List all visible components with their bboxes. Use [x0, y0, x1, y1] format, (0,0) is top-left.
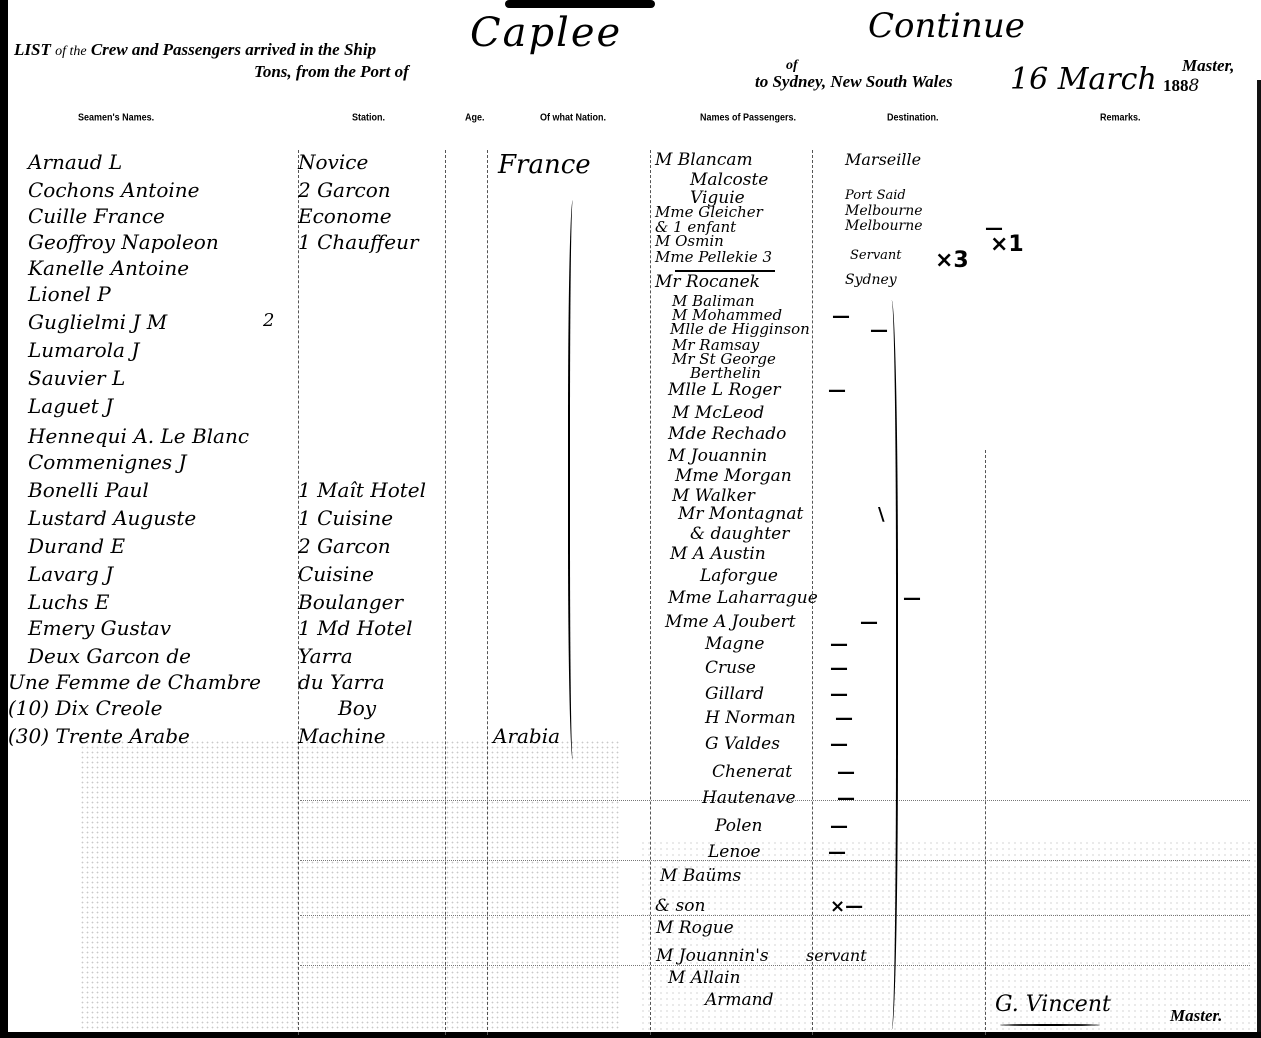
- passenger-row: Mme Laharrague—: [668, 588, 1261, 612]
- passenger-row: M Jouannin'sservant: [656, 946, 1256, 970]
- crew-row: Hennequi A. Le Blanc: [28, 424, 648, 450]
- passenger-row: Mlle L Roger—: [668, 380, 1261, 404]
- passenger-list-document: LIST of the Crew and Passengers arrived …: [0, 0, 1261, 1038]
- crew-row: Une Femme de Chambredu Yarra: [8, 670, 628, 696]
- crew-row: Cochons Antoine2 Garcon: [28, 178, 648, 204]
- passenger-row: Mme Pellekie 3Servant×3: [655, 248, 1255, 272]
- crew-row: (30) Trente ArabeMachineArabia: [8, 724, 628, 750]
- destination-label: to Sydney, New South Wales: [755, 72, 953, 92]
- passenger-row: M Baüms: [660, 866, 1260, 890]
- year: 1888: [1163, 76, 1199, 96]
- crew-row: Geoffroy Napoleon1 Chauffeur: [28, 230, 648, 256]
- crew-row: Cuille FranceEconome: [28, 204, 648, 230]
- scan-noise: [80, 740, 620, 1030]
- passenger-row: & son×—: [655, 896, 1255, 920]
- crew-row: Deux Garcon deYarra: [28, 644, 648, 670]
- col-station: Station.: [352, 112, 385, 123]
- passenger-row: M A Austin: [670, 544, 1261, 568]
- passenger-row: Cruse—: [705, 658, 1261, 682]
- passenger-row: Chenerat—: [712, 762, 1261, 786]
- form-subtitle: Tons, from the Port of: [254, 62, 409, 82]
- passenger-row: M Rogue: [656, 918, 1256, 942]
- master-name: Continue: [868, 6, 1025, 46]
- passenger-row: Magne—: [705, 634, 1261, 658]
- col-seamens-names: Seamen's Names.: [78, 112, 154, 123]
- passenger-row: Gillard—: [705, 684, 1261, 708]
- col-age: Age.: [465, 112, 485, 123]
- master-label: Master,: [1182, 56, 1234, 76]
- signature-underline: [1000, 1024, 1100, 1026]
- passenger-row: Laforgue: [700, 566, 1261, 590]
- crew-row: Laguet J: [28, 394, 648, 420]
- col-nation: Of what Nation.: [540, 112, 606, 123]
- passenger-row: G Valdes—: [705, 734, 1261, 758]
- crew-row: Emery Gustav1 Md Hotel: [28, 616, 648, 642]
- crew-row: Lumarola J: [28, 338, 648, 364]
- crew-row: Lustard Auguste1 Cuisine: [28, 506, 648, 532]
- grid-line: [650, 150, 651, 1035]
- passenger-row: Polen—: [715, 816, 1261, 840]
- crew-row: Lavarg JCuisine: [28, 562, 648, 588]
- crew-row: Lionel P: [28, 282, 648, 308]
- crew-row: Arnaud LNoviceFrance: [28, 150, 648, 176]
- arrival-date: 16 March: [1010, 62, 1157, 97]
- passenger-row: Mme A Joubert—: [665, 612, 1261, 636]
- passenger-row: Lenoe—: [708, 842, 1261, 866]
- crew-row: Luchs EBoulanger: [28, 590, 648, 616]
- col-destination: Destination.: [887, 112, 939, 123]
- passenger-row: Mde Rechado: [668, 424, 1261, 448]
- ink-blot: [505, 0, 655, 8]
- ship-name: Caplee: [470, 10, 622, 56]
- col-passenger-names: Names of Passengers.: [700, 112, 796, 123]
- master-label-footer: Master.: [1170, 1006, 1222, 1026]
- passenger-row: H Norman—: [705, 708, 1261, 732]
- master-signature: G. Vincent: [995, 992, 1111, 1017]
- crew-row: Sauvier L: [28, 366, 648, 392]
- passenger-row: Hautenave—: [702, 788, 1261, 812]
- form-title: LIST of the Crew and Passengers arrived …: [14, 40, 376, 60]
- crew-row: (10) Dix CreoleBoy: [8, 696, 628, 722]
- crew-row: Bonelli Paul1 Maît Hotel: [28, 478, 648, 504]
- scan-edge-bottom: [0, 1032, 1261, 1038]
- crew-row: Durand E2 Garcon: [28, 534, 648, 560]
- crew-row: Kanelle Antoine: [28, 256, 648, 282]
- col-remarks: Remarks.: [1100, 112, 1141, 123]
- passenger-row: M Allain: [668, 968, 1261, 992]
- crew-row: Guglielmi J M2: [28, 310, 648, 336]
- scan-edge-left: [0, 0, 8, 1038]
- crew-row: Commenignes J: [28, 450, 648, 476]
